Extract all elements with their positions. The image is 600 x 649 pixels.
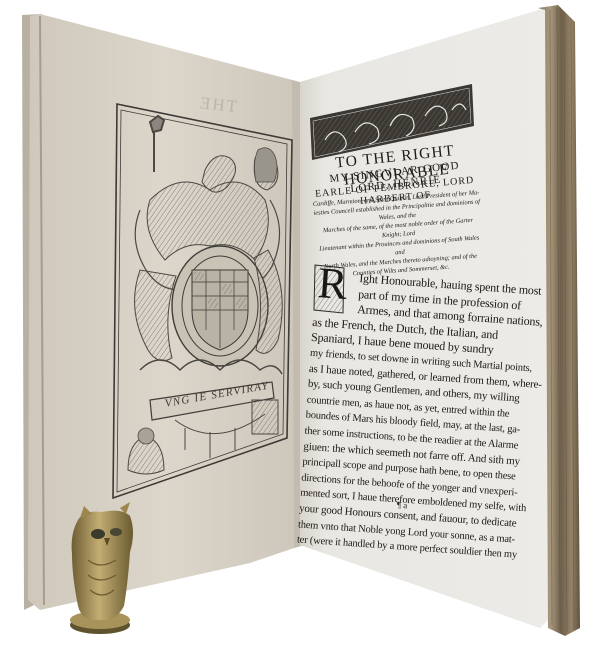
brass-owl-figurine	[70, 502, 133, 634]
photo-scene: THE VNG IE SERVIRAY TO THE RIGHT HONORAB…	[0, 0, 600, 649]
body-text: Ight Honourable, hauing spent the most p…	[296, 268, 485, 560]
pilcrow-mark: ¶ a	[397, 500, 408, 511]
show-through-text: THE	[197, 93, 238, 117]
initial-letter: R	[317, 261, 349, 307]
